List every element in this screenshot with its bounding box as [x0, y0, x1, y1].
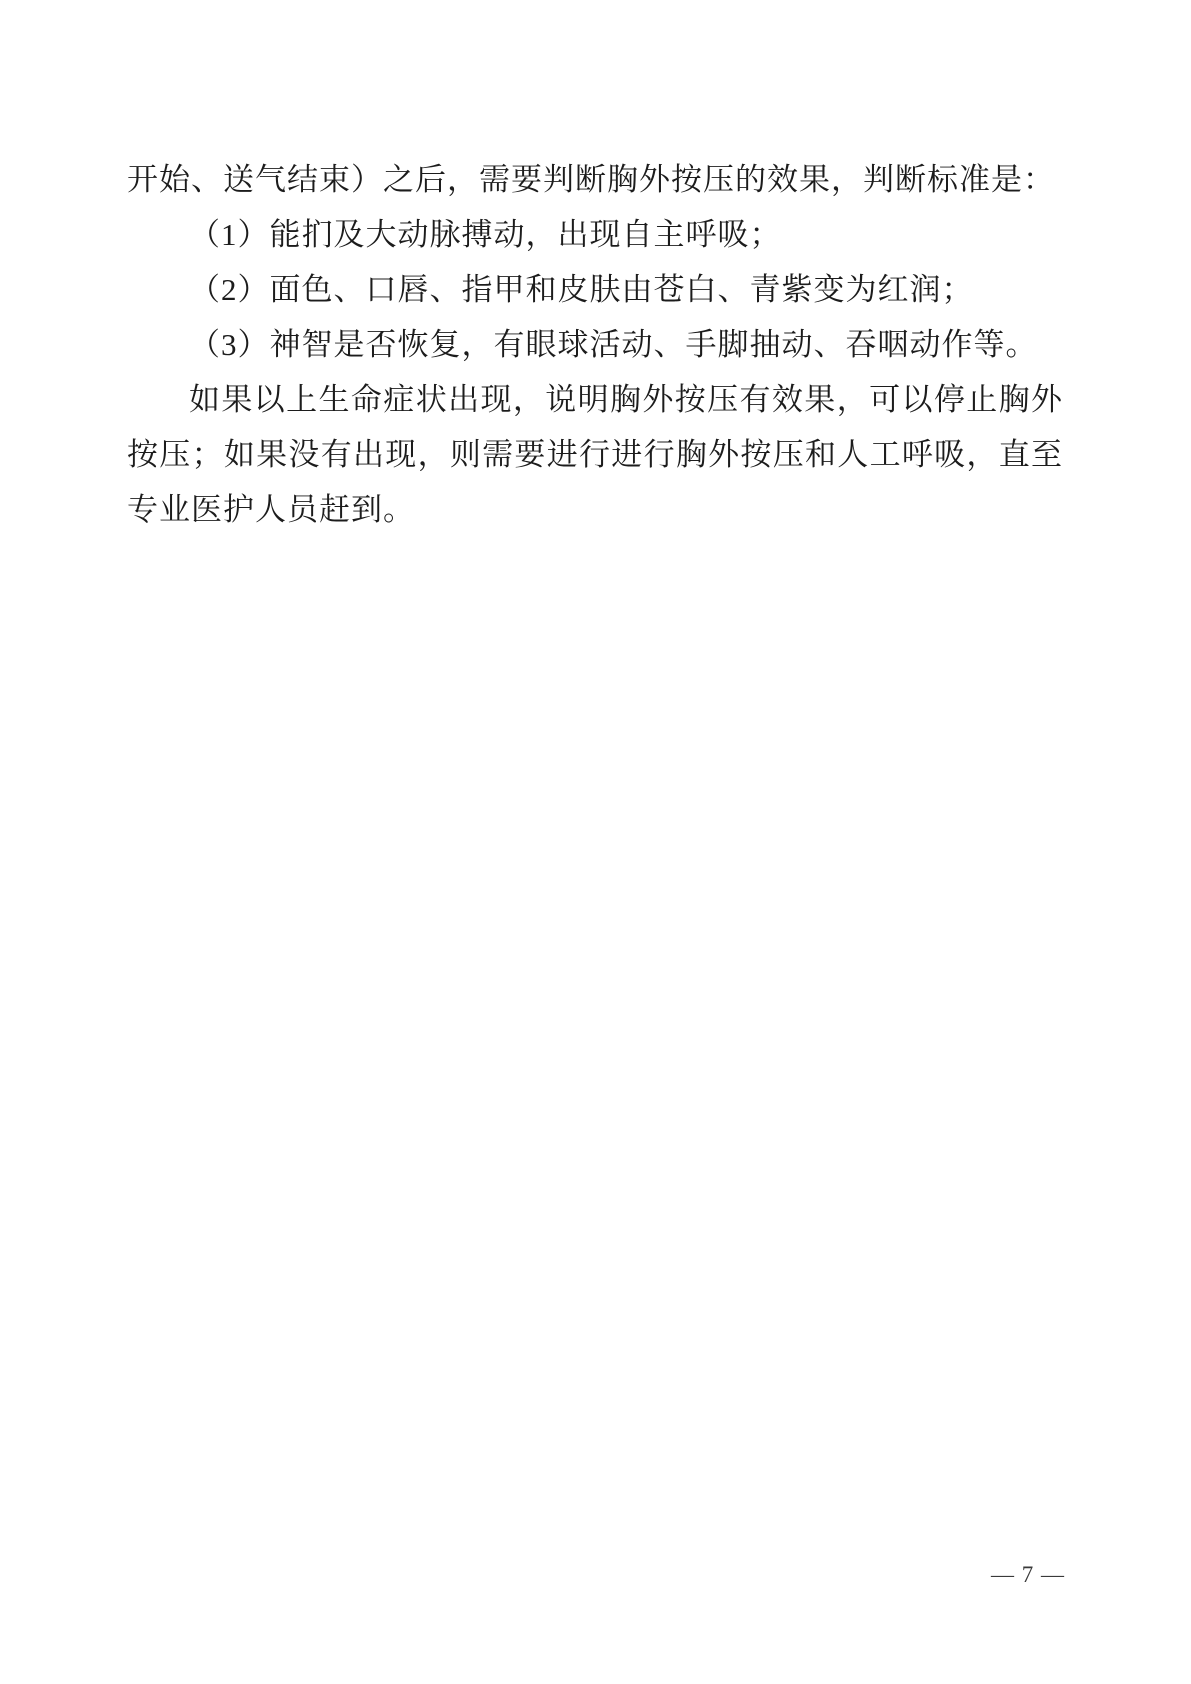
page-number: — 7 — — [991, 1560, 1065, 1590]
criterion-item-3: （3）神智是否恢复，有眼球活动、手脚抽动、吞咽动作等。 — [127, 317, 1063, 372]
criterion-item-1: （1）能扪及大动脉搏动，出现自主呼吸； — [127, 207, 1063, 262]
body-text-block: 开始、送气结束）之后，需要判断胸外按压的效果，判断标准是： （1）能扪及大动脉搏… — [127, 152, 1063, 537]
paragraph-conclusion: 如果以上生命症状出现，说明胸外按压有效果，可以停止胸外按压；如果没有出现，则需要… — [127, 372, 1063, 537]
paragraph-continuation: 开始、送气结束）之后，需要判断胸外按压的效果，判断标准是： — [127, 152, 1063, 207]
document-page: 开始、送气结束）之后，需要判断胸外按压的效果，判断标准是： （1）能扪及大动脉搏… — [0, 0, 1191, 1684]
criterion-item-2: （2）面色、口唇、指甲和皮肤由苍白、青紫变为红润； — [127, 262, 1063, 317]
